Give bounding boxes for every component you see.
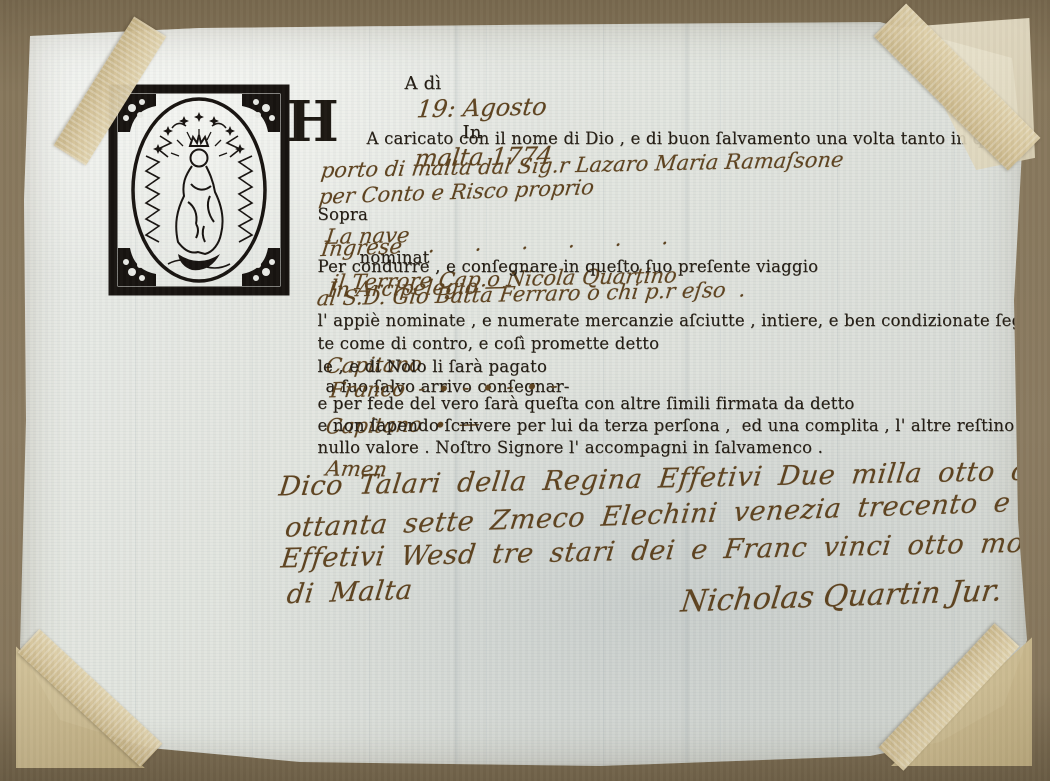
photo-backdrop: A dì 19: Agosto In malta 1774 H A carica… bbox=[0, 0, 1050, 781]
hw-place-line: di Malta bbox=[256, 558, 412, 627]
bill-of-lading-sheet: A dì 19: Agosto In malta 1774 H A carica… bbox=[18, 20, 1032, 768]
signature-line: Nicholas Quartin Jur. bbox=[624, 544, 1002, 649]
printed-a-di: A dì bbox=[405, 73, 442, 94]
printed-text: le , e di Nolo li ſarà pagato bbox=[318, 357, 548, 376]
madonna-woodcut-icon bbox=[108, 84, 290, 296]
hw-text: di Malta bbox=[285, 575, 414, 611]
hw-signature: Nicholas Quartin Jur. bbox=[679, 573, 1004, 619]
